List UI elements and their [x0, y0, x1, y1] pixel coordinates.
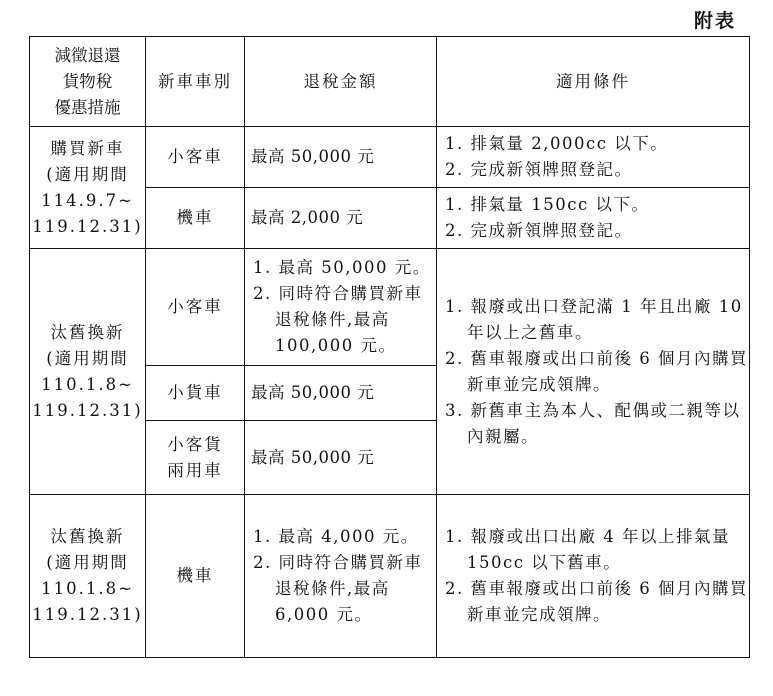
- condition-item: 2. 舊車報廢或出口前後 6 個月內購買新車並完成領牌。: [445, 346, 749, 398]
- table-row: 汰舊換新 (適用期間 110.1.8~ 119.12.31) 小客車 1. 最高…: [30, 249, 750, 366]
- amount-cell: 最高 50,000 元: [245, 127, 437, 188]
- header-measure: 減徵退還 貨物稅 優惠措施: [30, 37, 146, 127]
- condition-item: 2. 完成新領牌照登記。: [445, 218, 749, 244]
- header-measure-line: 貨物稅: [30, 69, 145, 95]
- amount-item: 1. 最高 4,000 元。: [253, 524, 436, 550]
- vehicle-cell: 機車: [146, 495, 245, 658]
- header-measure-line: 優惠措施: [30, 95, 145, 121]
- header-measure-line: 減徵退還: [30, 43, 145, 69]
- amount-item: 1. 最高 50,000 元。: [253, 255, 436, 281]
- condition-item: 1. 報廢或出口出廠 4 年以上排氣量 150cc 以下舊車。: [445, 524, 749, 576]
- measure-cell: 汰舊換新 (適用期間 110.1.8~ 119.12.31): [30, 249, 146, 495]
- measure-line: 119.12.31): [30, 602, 145, 628]
- header-vehicle-type: 新車車別: [146, 37, 245, 127]
- vehicle-cell: 小客貨 兩用車: [146, 421, 245, 495]
- conditions-cell: 1. 報廢或出口出廠 4 年以上排氣量 150cc 以下舊車。 2. 舊車報廢或…: [437, 495, 750, 658]
- measure-line: 110.1.8~: [30, 372, 145, 398]
- condition-item: 2. 舊車報廢或出口前後 6 個月內購買新車並完成領牌。: [445, 576, 749, 628]
- amount-item: 2. 同時符合購買新車退稅條件,最高 6,000 元。: [253, 550, 436, 628]
- amount-cell: 最高 50,000 元: [245, 421, 437, 495]
- measure-line: 汰舊換新: [30, 524, 145, 550]
- table-row: 汰舊換新 (適用期間 110.1.8~ 119.12.31) 機車 1. 最高 …: [30, 495, 750, 658]
- measure-line: 110.1.8~: [30, 576, 145, 602]
- conditions-cell: 1. 排氣量 150cc 以下。 2. 完成新領牌照登記。: [437, 188, 750, 249]
- amount-cell: 1. 最高 4,000 元。 2. 同時符合購買新車退稅條件,最高 6,000 …: [245, 495, 437, 658]
- amount-item: 2. 同時符合購買新車退稅條件,最高 100,000 元。: [253, 281, 436, 359]
- conditions-cell: 1. 排氣量 2,000cc 以下。 2. 完成新領牌照登記。: [437, 127, 750, 188]
- condition-item: 1. 排氣量 2,000cc 以下。: [445, 131, 749, 157]
- conditions-cell: 1. 報廢或出口登記滿 1 年且出廠 10 年以上之舊車。 2. 舊車報廢或出口…: [437, 249, 750, 495]
- amount-cell: 最高 2,000 元: [245, 188, 437, 249]
- condition-item: 2. 完成新領牌照登記。: [445, 157, 749, 183]
- vehicle-cell: 機車: [146, 188, 245, 249]
- measure-line: (適用期間: [30, 550, 145, 576]
- tax-refund-table: 減徵退還 貨物稅 優惠措施 新車車別 退稅金額 適用條件 購買新車 (適用期間 …: [29, 36, 750, 658]
- measure-cell: 購買新車 (適用期間 114.9.7~ 119.12.31): [30, 127, 146, 249]
- vehicle-cell: 小貨車: [146, 366, 245, 421]
- vehicle-line: 小客貨: [146, 432, 244, 458]
- condition-item: 1. 排氣量 150cc 以下。: [445, 192, 749, 218]
- vehicle-line: 兩用車: [146, 458, 244, 484]
- condition-item: 3. 新舊車主為本人、配偶或二親等以內親屬。: [445, 398, 749, 450]
- measure-line: 114.9.7~: [30, 188, 145, 214]
- condition-item: 1. 報廢或出口登記滿 1 年且出廠 10 年以上之舊車。: [445, 294, 749, 346]
- amount-cell: 最高 50,000 元: [245, 366, 437, 421]
- vehicle-cell: 小客車: [146, 249, 245, 366]
- measure-line: 119.12.31): [30, 214, 145, 240]
- header-conditions: 適用條件: [437, 37, 750, 127]
- measure-line: 汰舊換新: [30, 320, 145, 346]
- measure-line: 119.12.31): [30, 398, 145, 424]
- measure-line: (適用期間: [30, 346, 145, 372]
- table-row: 購買新車 (適用期間 114.9.7~ 119.12.31) 小客車 最高 50…: [30, 127, 750, 188]
- vehicle-cell: 小客車: [146, 127, 245, 188]
- table-header-row: 減徵退還 貨物稅 優惠措施 新車車別 退稅金額 適用條件: [30, 37, 750, 127]
- amount-cell: 1. 最高 50,000 元。 2. 同時符合購買新車退稅條件,最高 100,0…: [245, 249, 437, 366]
- page-title: 附表: [694, 6, 736, 33]
- measure-cell: 汰舊換新 (適用期間 110.1.8~ 119.12.31): [30, 495, 146, 658]
- measure-line: (適用期間: [30, 162, 145, 188]
- header-refund-amount: 退稅金額: [245, 37, 437, 127]
- measure-line: 購買新車: [30, 136, 145, 162]
